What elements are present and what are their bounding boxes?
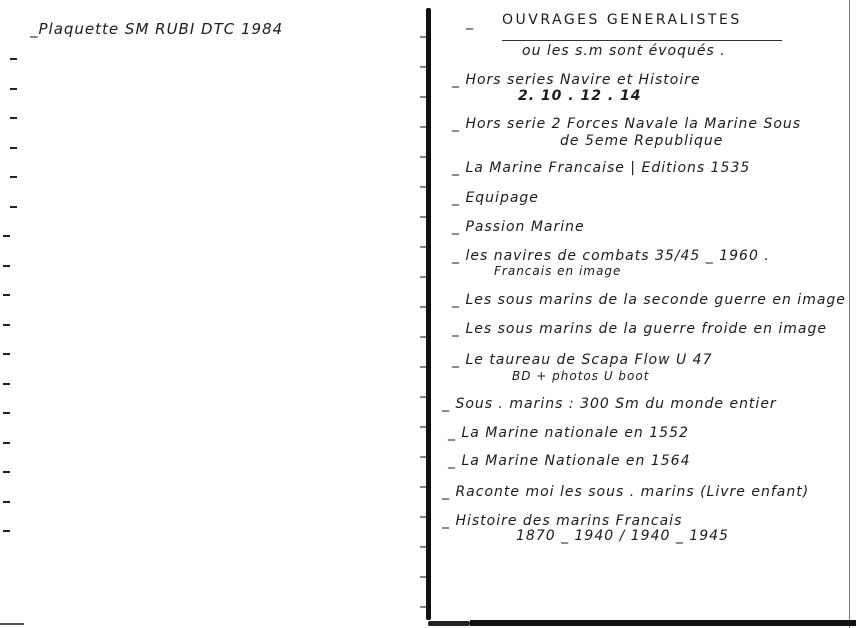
margin-dash <box>3 383 10 385</box>
book-item: _ Histoire des marins Francais <box>442 513 682 529</box>
book-item-detail: 1870 _ 1940 / 1940 _ 1945 <box>516 528 729 544</box>
page-edge-line <box>0 623 24 625</box>
margin-dash <box>10 147 17 149</box>
left-page: _Plaquette SM RUBI DTC 1984 <box>0 0 426 628</box>
margin-dash <box>3 530 10 532</box>
book-item: _ Hors series Navire et Histoire <box>452 72 701 88</box>
margin-dash <box>3 235 10 237</box>
book-item: _ Le taureau de Scapa Flow U 47 <box>452 352 712 368</box>
book-item: _ les navires de combats 35/45 _ 1960 . <box>452 248 770 264</box>
plaquette-heading: _Plaquette SM RUBI DTC 1984 <box>30 20 283 38</box>
book-item: _ Raconte moi les sous . marins (Livre e… <box>442 484 809 500</box>
margin-dash <box>3 471 10 473</box>
book-item: _ Hors serie 2 Forces Navale la Marine S… <box>452 116 801 132</box>
margin-dash <box>10 58 17 60</box>
margin-dash <box>3 324 10 326</box>
book-item: _ La Marine Francaise | Editions 1535 <box>452 160 750 176</box>
book-item: _ Les sous marins de la seconde guerre e… <box>452 292 846 308</box>
page-right-edge <box>849 0 850 628</box>
book-item: _ Sous . marins : 300 Sm du monde entier <box>442 396 777 412</box>
book-item: _ La Marine Nationale en 1564 <box>448 453 691 469</box>
book-item: _ Passion Marine <box>452 219 585 235</box>
margin-dash <box>10 176 17 178</box>
margin-dash <box>3 412 10 414</box>
margin-dash <box>3 442 10 444</box>
margin-dash <box>3 353 10 355</box>
title-underline <box>502 40 782 41</box>
margin-dash <box>3 501 10 503</box>
scan-bottom-edge <box>470 620 856 626</box>
margin-dash <box>10 88 17 90</box>
page-spine <box>426 8 431 620</box>
book-item: _ Les sous marins de la guerre froide en… <box>452 321 827 337</box>
margin-dash <box>10 206 17 208</box>
book-item: _ Equipage <box>452 190 539 206</box>
book-item-detail: 2. 10 . 12 . 14 <box>518 88 642 104</box>
title-dash: _ <box>466 14 474 30</box>
book-item-detail: Francais en image <box>494 264 621 278</box>
book-item: _ La Marine nationale en 1552 <box>448 425 689 441</box>
book-item-detail: de 5eme Republique <box>560 133 723 149</box>
margin-dash <box>3 294 10 296</box>
margin-dash <box>3 265 10 267</box>
margin-dash <box>10 117 17 119</box>
section-title: OUVRAGES GENERALISTES <box>502 12 742 28</box>
scan-blot <box>428 621 470 626</box>
section-subtitle: ou les s.m sont évoqués . <box>522 43 726 59</box>
book-item-detail: BD + photos U boot <box>512 369 649 383</box>
